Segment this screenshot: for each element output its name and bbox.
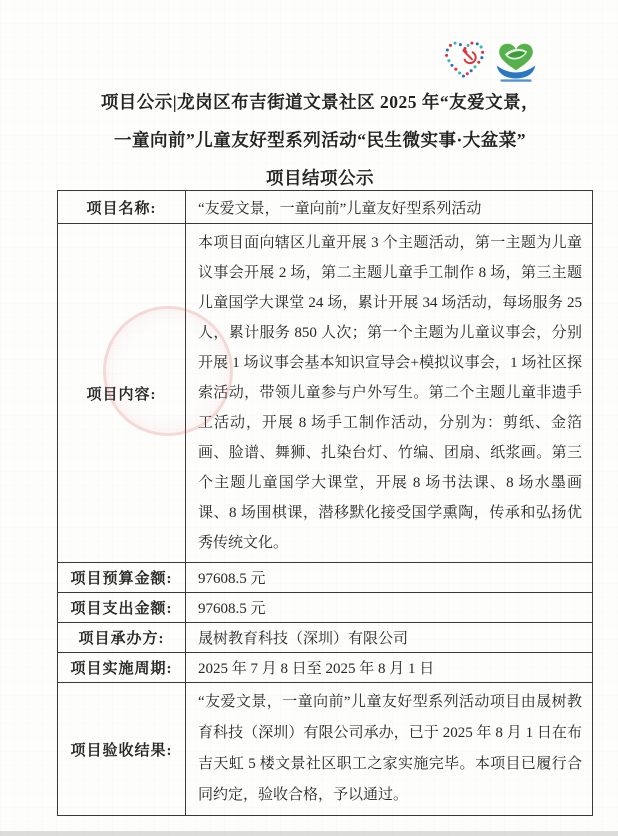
table-row-budget-amount: 项目预算金额: 97608.5 元 <box>58 563 593 593</box>
row-label-undertaker: 项目承办方: <box>58 623 186 653</box>
logo-group <box>442 38 539 84</box>
document-title: 项目公示|龙岗区布吉街道文景社区 2025 年“友爱文景， 一童向前”儿童友好型… <box>40 83 600 197</box>
row-label-project-content: 项目内容: <box>58 224 186 563</box>
row-value-undertaker: 晟树教育科技（深圳）有限公司 <box>186 623 593 653</box>
party-emblem-heart-icon <box>442 38 488 82</box>
row-value-budget-amount: 97608.5 元 <box>186 563 593 593</box>
row-label-implementation-period: 项目实施周期: <box>58 653 186 683</box>
document-page: 项目公示|龙岗区布吉街道文景社区 2025 年“友爱文景， 一童向前”儿童友好型… <box>0 0 618 836</box>
table-row-implementation-period: 项目实施周期: 2025 年 7 月 8 日至 2025 年 8 月 1 日 <box>58 653 593 683</box>
table-row-project-content: 项目内容: 本项目面向辖区儿童开展 3 个主题活动，第一主题为儿童议事会开展 2… <box>58 224 593 563</box>
scan-edge-shadow <box>0 831 618 836</box>
table-row-expenditure-amount: 项目支出金额: 97608.5 元 <box>58 593 593 623</box>
community-care-heart-icon <box>493 38 539 84</box>
row-value-project-name: “友爱文景，一童向前”儿童友好型系列活动 <box>186 191 593 224</box>
table-row-undertaker: 项目承办方: 晟树教育科技（深圳）有限公司 <box>58 623 593 653</box>
row-value-acceptance-result: “友爱文景，一童向前”儿童友好型系列活动项目由晟树教育科技（深圳）有限公司承办，… <box>186 683 593 816</box>
project-info-table: 项目名称: “友爱文景，一童向前”儿童友好型系列活动 项目内容: 本项目面向辖区… <box>57 190 593 816</box>
row-value-project-content: 本项目面向辖区儿童开展 3 个主题活动，第一主题为儿童议事会开展 2 场，第二主… <box>186 224 593 563</box>
row-label-project-name: 项目名称: <box>58 191 186 224</box>
title-line-1: 项目公示|龙岗区布吉街道文景社区 2025 年“友爱文景， <box>40 83 600 121</box>
table-row-acceptance-result: 项目验收结果: “友爱文景，一童向前”儿童友好型系列活动项目由晟树教育科技（深圳… <box>58 683 593 816</box>
row-label-acceptance-result: 项目验收结果: <box>58 683 186 816</box>
title-line-2: 一童向前”儿童友好型系列活动“民生微实事·大盆菜” <box>40 121 600 159</box>
table-row-project-name: 项目名称: “友爱文景，一童向前”儿童友好型系列活动 <box>58 191 593 224</box>
row-value-expenditure-amount: 97608.5 元 <box>186 593 593 623</box>
row-label-expenditure-amount: 项目支出金额: <box>58 593 186 623</box>
row-label-budget-amount: 项目预算金额: <box>58 563 186 593</box>
row-value-implementation-period: 2025 年 7 月 8 日至 2025 年 8 月 1 日 <box>186 653 593 683</box>
